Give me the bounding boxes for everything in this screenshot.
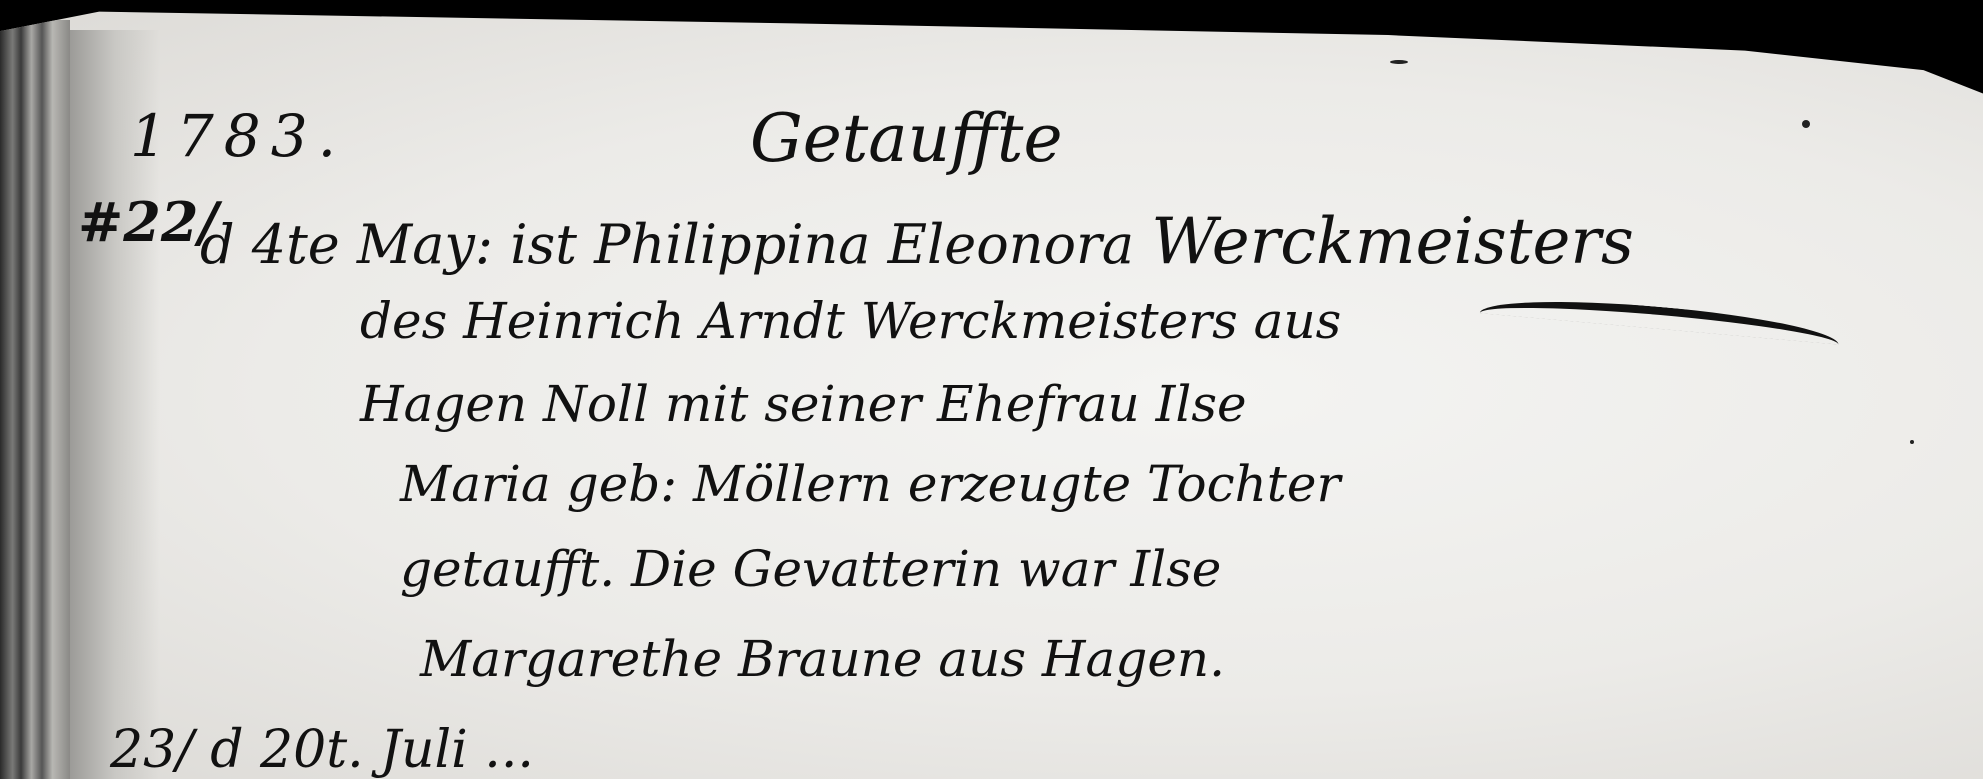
ink-speck [1390, 60, 1408, 64]
child-name: ist Philippina Eleonora [510, 213, 1134, 276]
surname-underline [1480, 291, 1841, 344]
entry-line-2: des Heinrich Arndt Werckmeisters aus [360, 292, 1341, 350]
entry-number: #22/ [78, 190, 218, 254]
section-heading: Getauffte [750, 100, 1063, 177]
surname: Werckmeisters [1151, 205, 1634, 279]
ink-speck [1802, 120, 1810, 128]
next-entry-partial: 23/ d 20t. Juli ... [110, 720, 534, 779]
entry-date: d 4te May: [200, 213, 493, 276]
entry-line-1: d 4te May: ist Philippina Eleonora Werck… [200, 205, 1634, 279]
entry-line-3: Hagen Noll mit seiner Ehefrau Ilse [360, 375, 1247, 433]
register-page: 1783. Getauffte #22/ d 4te May: ist Phil… [0, 0, 1983, 779]
entry-line-4: Maria geb: Möllern erzeugte Tochter [400, 455, 1340, 513]
ink-speck [1910, 440, 1914, 444]
entry-line-5: getaufft. Die Gevatterin war Ilse [400, 540, 1221, 598]
book-spine [0, 20, 70, 779]
year-heading: 1783. [130, 102, 346, 170]
entry-line-6: Margarethe Braune aus Hagen. [420, 630, 1225, 688]
